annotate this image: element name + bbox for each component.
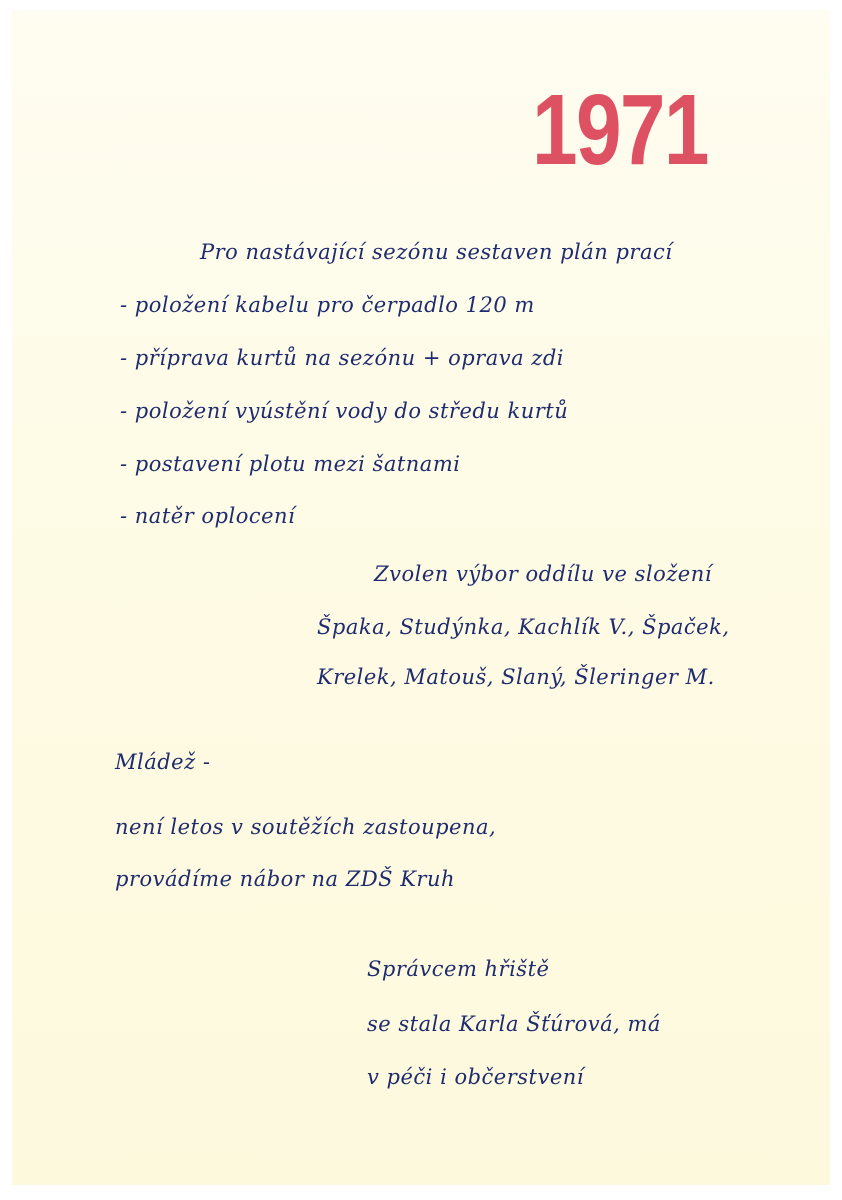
youth-heading: Mládež - [115, 750, 210, 774]
committee-line: Špaka, Studýnka, Kachlík V., Špaček, [317, 615, 730, 639]
handwritten-page: 1971 Pro nastávající sezónu sestaven plá… [12, 10, 830, 1185]
committee-line: Zvolen výbor oddílu ve složení [374, 562, 712, 586]
plan-intro: Pro nastávající sezónu sestaven plán pra… [200, 240, 672, 264]
committee-line: Krelek, Matouš, Slaný, Šleringer M. [317, 665, 715, 689]
youth-line: provádíme nábor na ZDŠ Kruh [115, 867, 455, 891]
youth-line: není letos v soutěžích zastoupena, [115, 815, 496, 839]
plan-item: - postavení plotu mezi šatnami [120, 452, 460, 476]
plan-item: - položení vyústění vody do středu kurtů [120, 399, 568, 423]
refreshments-line: Správcem hřiště [367, 957, 549, 981]
refreshments-line: se stala Karla Šťúrová, má [367, 1012, 661, 1036]
year-stamp: 1971 [532, 80, 708, 180]
plan-item: - položení kabelu pro čerpadlo 120 m [120, 293, 535, 317]
plan-item: - natěr oplocení [120, 504, 295, 528]
plan-item: - příprava kurtů na sezónu + oprava zdi [120, 346, 564, 370]
refreshments-line: v péči i občerstvení [367, 1065, 584, 1089]
